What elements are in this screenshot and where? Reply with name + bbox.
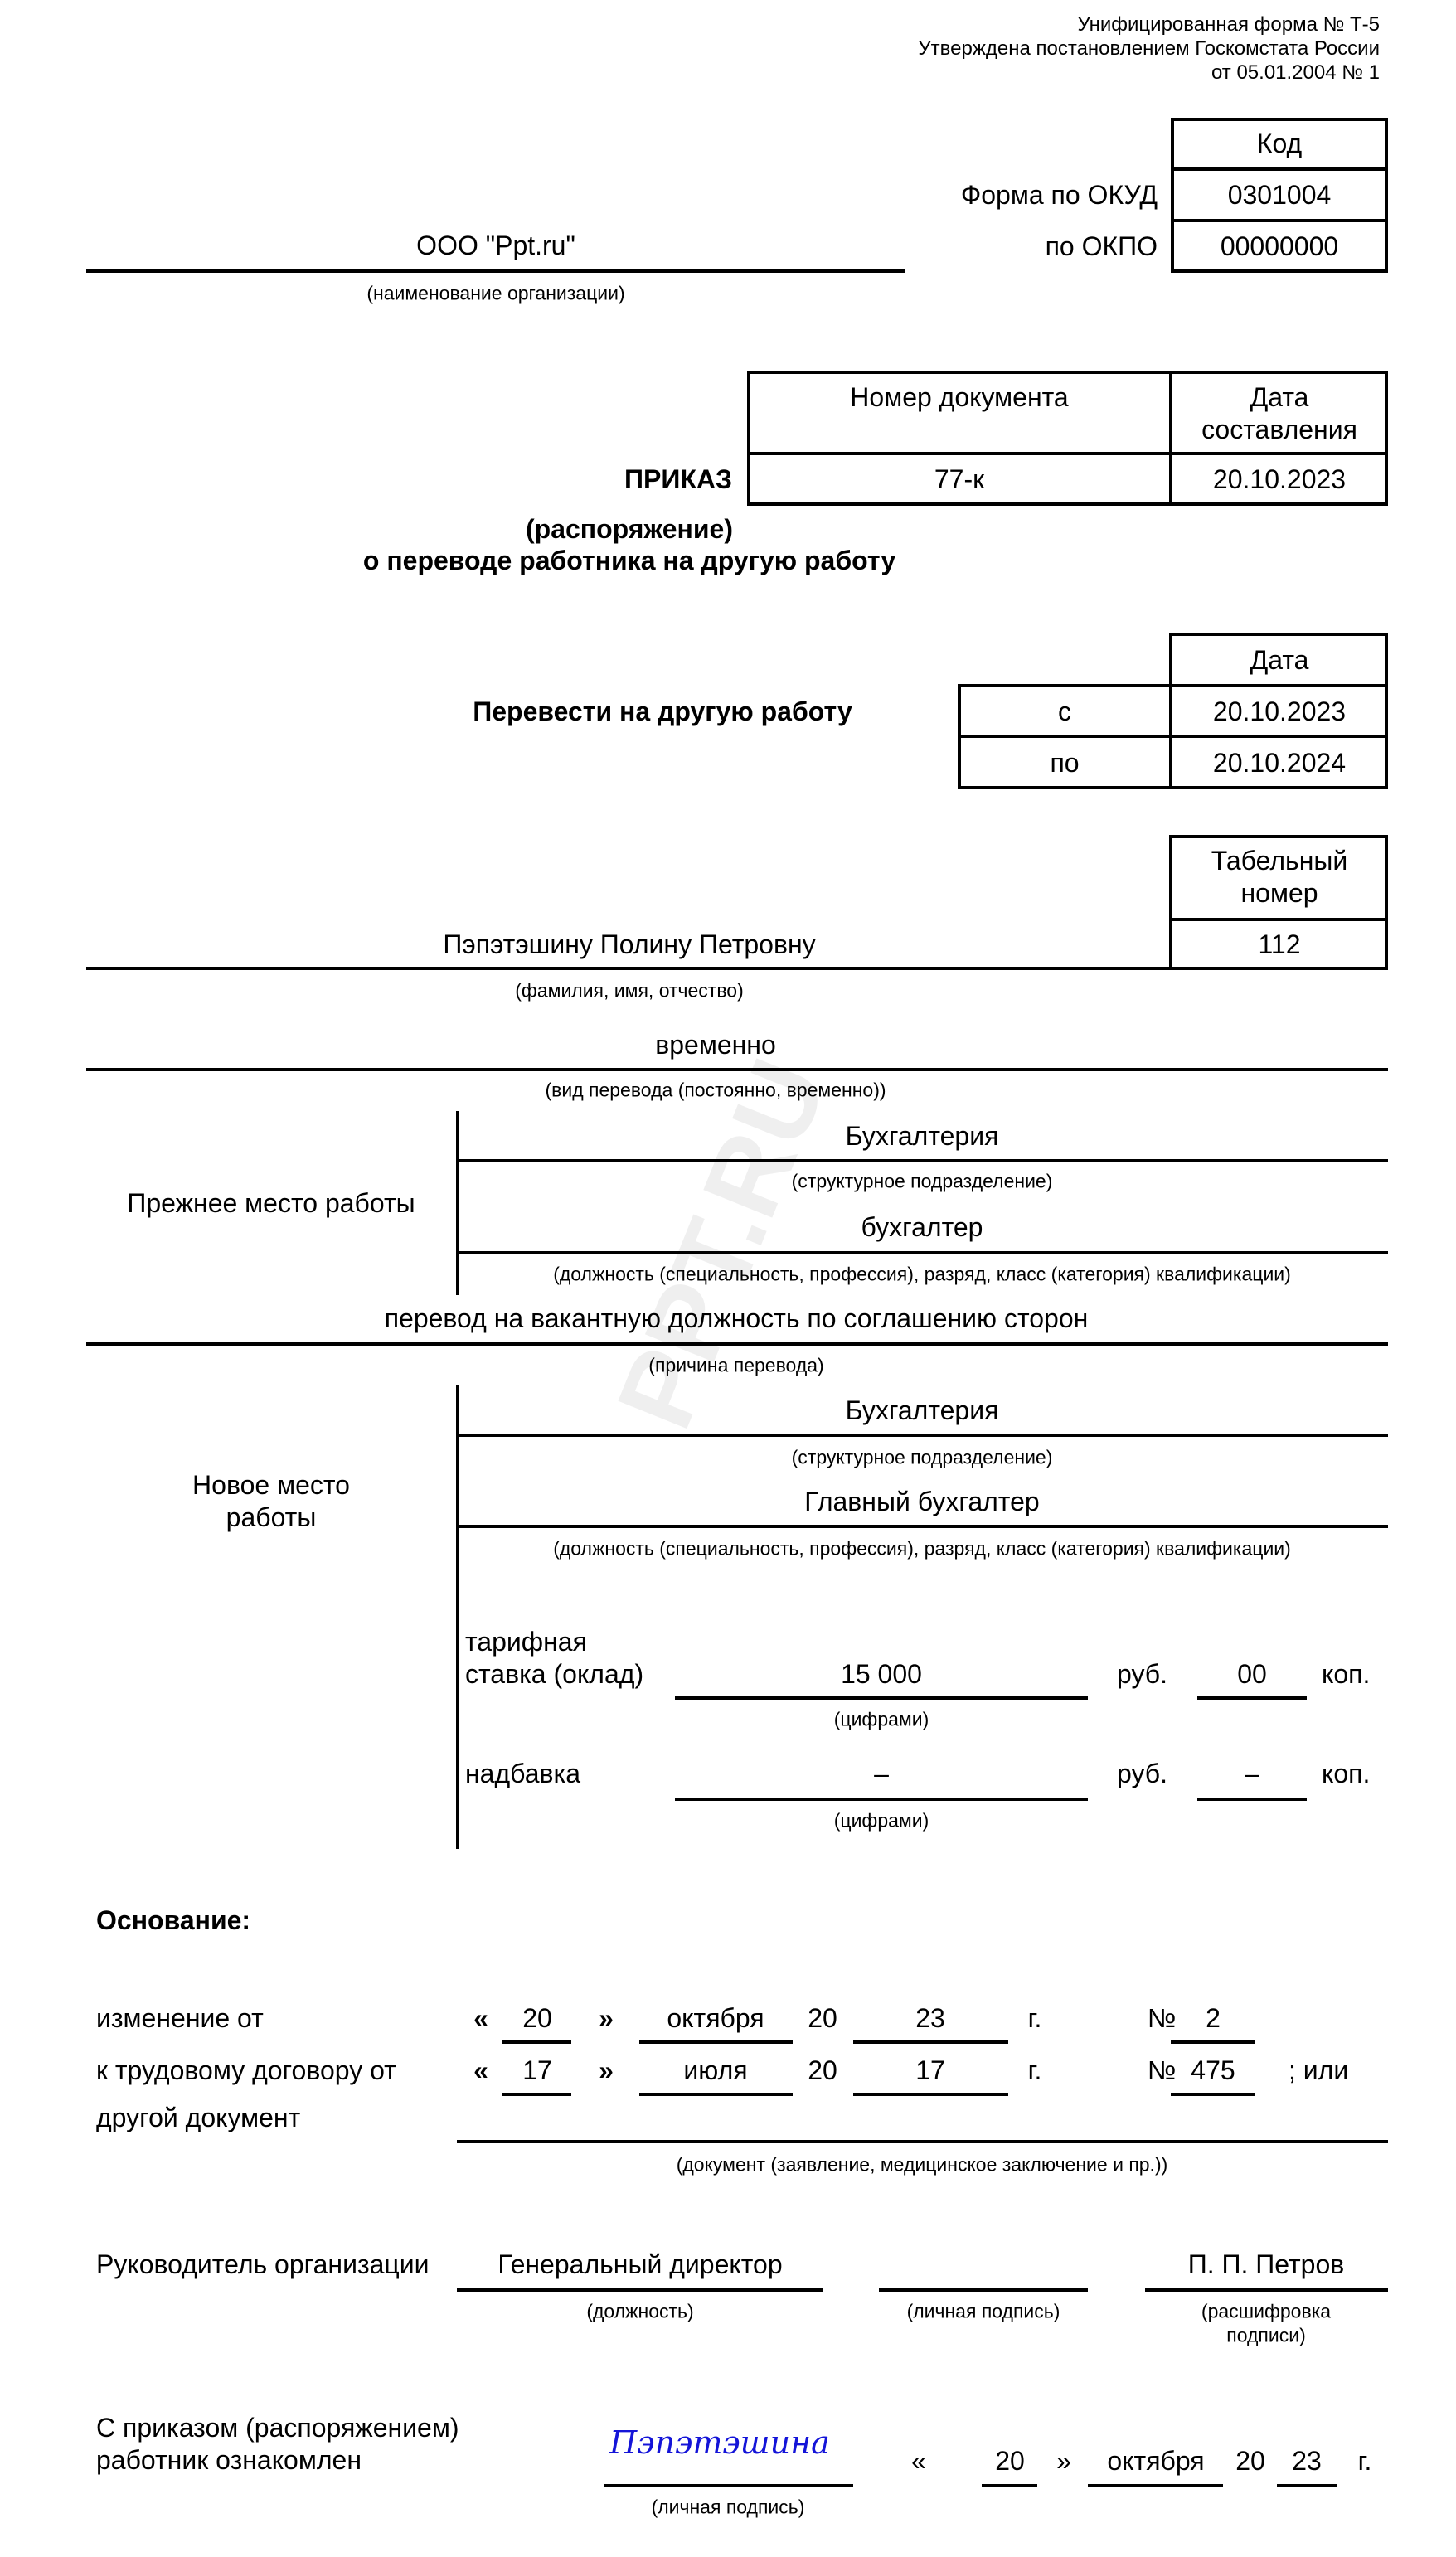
tab-header-1: Табельный bbox=[1211, 847, 1348, 874]
new-position-underline bbox=[457, 1525, 1388, 1528]
bonus-kop-value: – bbox=[1245, 1760, 1259, 1787]
basis-title: Основание: bbox=[96, 1907, 250, 1934]
watermark: PPT.RU bbox=[592, 1043, 851, 1445]
previous-department: Бухгалтерия bbox=[846, 1123, 999, 1149]
contract-day: 17 bbox=[522, 2057, 552, 2084]
transfer-label: Перевести на другую работу bbox=[473, 698, 852, 725]
contract-number-underline bbox=[1171, 2093, 1255, 2096]
bonus-rub-value: – bbox=[874, 1760, 889, 1787]
head-label: Руководитель организации bbox=[96, 2251, 430, 2278]
previous-department-caption: (структурное подразделение) bbox=[792, 1172, 1053, 1191]
open-quote: « bbox=[911, 2448, 926, 2474]
tab-number: 112 bbox=[1258, 931, 1300, 958]
date-header-2: составления bbox=[1201, 416, 1357, 443]
ack-month: октября bbox=[1107, 2448, 1204, 2474]
head-name: П. П. Петров bbox=[1188, 2251, 1345, 2278]
new-department-underline bbox=[457, 1434, 1388, 1437]
from-label: с bbox=[1058, 698, 1071, 725]
divider bbox=[456, 1385, 459, 1849]
rate-rub-value: 15 000 bbox=[841, 1661, 922, 1687]
ack-day-underline bbox=[982, 2484, 1037, 2487]
rate-digits-caption: (цифрами) bbox=[834, 1710, 929, 1730]
previous-workplace-label: Прежнее место работы bbox=[127, 1190, 415, 1216]
rub-label: руб. bbox=[1117, 1661, 1167, 1687]
employee-signature: Пэпэтэшина bbox=[609, 2427, 830, 2458]
contract-label: к трудовому договору от bbox=[96, 2057, 396, 2084]
change-day: 20 bbox=[522, 2005, 552, 2031]
ack-month-underline bbox=[1088, 2484, 1223, 2487]
divider bbox=[456, 1111, 459, 1295]
divider bbox=[1169, 918, 1388, 921]
date-header-1: Дата bbox=[1250, 384, 1309, 410]
previous-position: бухгалтер bbox=[861, 1214, 983, 1240]
change-number-underline bbox=[1171, 2040, 1255, 2044]
head-position-caption: (должность) bbox=[586, 2302, 693, 2322]
doc-number: 77-к bbox=[934, 466, 984, 492]
kop-label: коп. bbox=[1322, 1760, 1370, 1787]
organization-caption: (наименование организации) bbox=[366, 284, 624, 303]
okpo-label: по ОКПО bbox=[1046, 233, 1158, 260]
ack-day: 20 bbox=[995, 2448, 1025, 2474]
rate-kop-underline bbox=[1197, 1696, 1307, 1700]
year-suffix: г. bbox=[1028, 2005, 1042, 2031]
order-title: ПРИКАЗ bbox=[624, 466, 732, 492]
employee-signature-caption: (личная подпись) bbox=[652, 2498, 805, 2517]
approval-date: от 05.01.2004 № 1 bbox=[1211, 63, 1380, 83]
contract-year-underline bbox=[853, 2093, 1008, 2096]
other-document-label: другой документ bbox=[96, 2104, 300, 2131]
close-quote: » bbox=[599, 2057, 614, 2084]
transfer-reason: перевод на вакантную должность по соглаш… bbox=[385, 1305, 1089, 1332]
order-subtitle-1: (распоряжение) bbox=[526, 516, 733, 542]
acknowledgement-label-1: С приказом (распоряжением) bbox=[96, 2414, 459, 2441]
head-name-underline bbox=[1145, 2288, 1388, 2292]
century: 20 bbox=[808, 2005, 837, 2031]
contract-year: 17 bbox=[915, 2057, 945, 2084]
head-name-caption-2: подписи) bbox=[1226, 2327, 1305, 2346]
new-workplace-label-1: Новое место bbox=[192, 1472, 350, 1498]
open-quote: « bbox=[473, 2057, 488, 2084]
head-signature-line[interactable] bbox=[879, 2288, 1088, 2292]
okpo-value: 00000000 bbox=[1221, 233, 1338, 260]
close-quote: » bbox=[599, 2005, 614, 2031]
code-header: Код bbox=[1257, 130, 1302, 157]
transfer-type-caption: (вид перевода (постоянно, временно)) bbox=[545, 1081, 886, 1100]
bonus-label: надбавка bbox=[465, 1760, 580, 1787]
contract-day-underline bbox=[502, 2093, 571, 2096]
bonus-digits-caption: (цифрами) bbox=[834, 1812, 929, 1831]
close-quote: » bbox=[1056, 2448, 1071, 2474]
rate-kop-value: 00 bbox=[1237, 1661, 1267, 1687]
number-sign: № bbox=[1148, 2005, 1176, 2031]
change-number: 2 bbox=[1206, 2005, 1221, 2031]
employee-underline bbox=[86, 967, 1388, 970]
transfer-reason-caption: (причина перевода) bbox=[648, 1356, 823, 1376]
order-date: 20.10.2023 bbox=[1213, 466, 1346, 492]
employee-signature-line[interactable] bbox=[604, 2484, 853, 2487]
transfer-type-underline bbox=[86, 1068, 1388, 1071]
change-month-underline bbox=[639, 2040, 793, 2044]
divider bbox=[1171, 167, 1388, 171]
head-signature-caption: (личная подпись) bbox=[907, 2302, 1060, 2322]
order-subtitle-2: о переводе работника на другую работу bbox=[363, 547, 895, 574]
change-year-underline bbox=[853, 2040, 1008, 2044]
contract-number: 475 bbox=[1191, 2057, 1235, 2084]
new-position-caption: (должность (специальность, профессия), р… bbox=[553, 1540, 1291, 1559]
tab-header-2: номер bbox=[1240, 880, 1318, 906]
transfer-reason-underline bbox=[86, 1342, 1388, 1346]
year-suffix: г. bbox=[1028, 2057, 1042, 2084]
divider bbox=[747, 452, 1388, 455]
change-year: 23 bbox=[915, 2005, 945, 2031]
transfer-date-header: Дата bbox=[1250, 647, 1309, 673]
other-document-underline bbox=[457, 2140, 1388, 2143]
head-position-underline bbox=[457, 2288, 823, 2292]
ack-year-underline bbox=[1277, 2484, 1337, 2487]
head-position: Генеральный директор bbox=[497, 2251, 782, 2278]
to-date: 20.10.2024 bbox=[1213, 750, 1346, 776]
open-quote: « bbox=[473, 2005, 488, 2031]
new-department: Бухгалтерия bbox=[846, 1397, 999, 1424]
transfer-type: временно bbox=[655, 1031, 776, 1058]
kop-label: коп. bbox=[1322, 1661, 1370, 1687]
employee-name-caption: (фамилия, имя, отчество) bbox=[515, 982, 743, 1001]
change-month: октября bbox=[667, 2005, 764, 2031]
ack-year: 23 bbox=[1292, 2448, 1322, 2474]
acknowledgement-label-2: работник ознакомлен bbox=[96, 2447, 362, 2473]
new-workplace-label-2: работы bbox=[226, 1504, 317, 1531]
head-name-caption-1: (расшифровка bbox=[1201, 2302, 1331, 2322]
divider bbox=[1169, 371, 1172, 506]
organization-underline bbox=[86, 269, 905, 273]
contract-month-underline bbox=[639, 2093, 793, 2096]
rate-rub-underline bbox=[675, 1696, 1088, 1700]
previous-department-underline bbox=[457, 1159, 1388, 1162]
contract-month: июля bbox=[683, 2057, 747, 2084]
or-label: ; или bbox=[1289, 2057, 1348, 2084]
new-department-caption: (структурное подразделение) bbox=[792, 1448, 1053, 1468]
bonus-rub-underline bbox=[675, 1798, 1088, 1801]
year-suffix: г. bbox=[1358, 2448, 1372, 2474]
rate-label-2: ставка (оклад) bbox=[465, 1661, 643, 1687]
bonus-kop-underline bbox=[1197, 1798, 1307, 1801]
from-date: 20.10.2023 bbox=[1213, 698, 1346, 725]
number-sign: № bbox=[1148, 2057, 1176, 2084]
okud-value: 0301004 bbox=[1228, 182, 1332, 208]
other-document-caption: (документ (заявление, медицинское заключ… bbox=[677, 2156, 1168, 2175]
rub-label: руб. bbox=[1117, 1760, 1167, 1787]
employee-name: Пэпэтэшину Полину Петровну bbox=[443, 931, 815, 958]
form-number: Унифицированная форма № Т-5 bbox=[1077, 15, 1380, 35]
divider bbox=[958, 735, 1388, 738]
new-position: Главный бухгалтер bbox=[804, 1488, 1039, 1515]
century: 20 bbox=[808, 2057, 837, 2084]
previous-position-underline bbox=[457, 1251, 1388, 1254]
doc-number-header: Номер документа bbox=[850, 384, 1068, 410]
previous-position-caption: (должность (специальность, профессия), р… bbox=[553, 1265, 1291, 1284]
rate-label-1: тарифная bbox=[465, 1628, 587, 1655]
century: 20 bbox=[1235, 2448, 1265, 2474]
approval-line: Утверждена постановлением Госкомстата Ро… bbox=[918, 39, 1380, 59]
change-day-underline bbox=[502, 2040, 571, 2044]
to-label: по bbox=[1050, 750, 1079, 776]
change-label: изменение от bbox=[96, 2005, 264, 2031]
okud-label: Форма по ОКУД bbox=[961, 182, 1158, 208]
divider bbox=[1171, 219, 1388, 222]
organization-name: ООО "Ppt.ru" bbox=[416, 232, 575, 259]
